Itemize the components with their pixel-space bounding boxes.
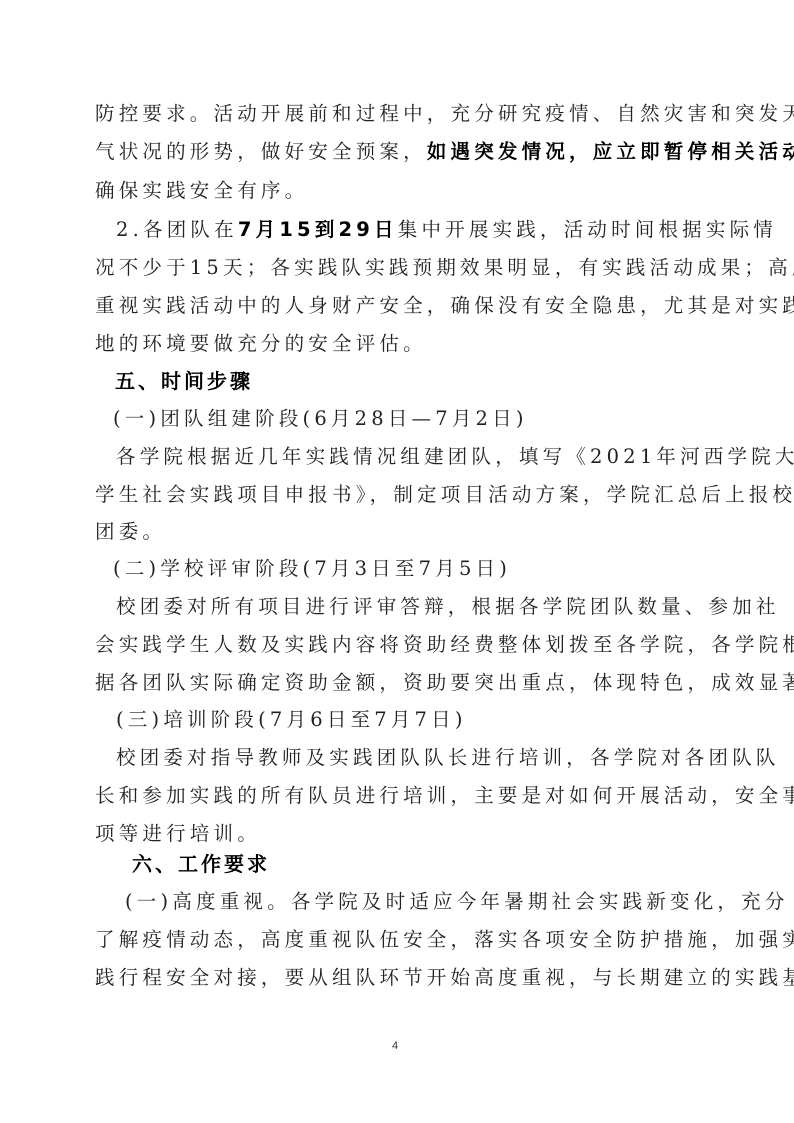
page-number: 4 [392,1040,398,1052]
body-text: 长和参加实践的所有队员进行培训，主要是对如何开展活动，安全事 [95,784,794,807]
body-line: 况不少于15天；各实践队实践预期效果明显，有实践活动成果；高度 [95,253,711,283]
body-line: 气状况的形势，做好安全预案，如遇突发情况，应立即暂停相关活动， [95,137,711,167]
body-text: 会实践学生人数及实践内容将资助经费整体划拨至各学院，各学院根 [95,633,794,656]
body-text: 2.各团队在 [116,218,238,241]
body-text: 学生社会实践项目申报书》，制定项目活动方案，学院汇总后上报校 [95,483,794,506]
body-text: 重视实践活动中的人身财产安全，确保没有安全隐患，尤其是对实践 [95,294,794,317]
body-line: 各学院根据近几年实践情况组建团队，填写《2021年河西学院大 [116,442,711,472]
subsection-heading-text: (三)培训阶段(7月6日至7月7日) [116,708,467,731]
emphasis-text: 如遇突发情况，应立即暂停相关活动， [427,140,794,163]
body-line: 项等进行培训。 [95,819,711,849]
body-text: 气状况的形势，做好安全预案， [95,140,427,163]
body-line: 确保实践安全有序。 [95,176,711,206]
body-line: 了解疫情动态，高度重视队伍安全，落实各项安全防护措施，加强实 [95,925,711,955]
body-line: 重视实践活动中的人身财产安全，确保没有安全隐患，尤其是对实践 [95,291,711,321]
body-line: (一)高度重视。各学院及时适应今年暑期社会实践新变化，充分 [125,887,711,917]
body-text: 校团委对所有项目进行评审答辩，根据各学院团队数量、参加社 [116,595,780,618]
body-text: 项等进行培训。 [95,822,261,845]
body-text: 据各团队实际确定资助金额，资助要突出重点，体现特色，成效显著。 [95,671,794,694]
body-line: 校团委对指导教师及实践团队队长进行培训，各学院对各团队队 [116,743,711,773]
emphasis-date: 7月15到29日 [238,218,398,241]
section-heading: 六、工作要求 [132,849,748,879]
body-line: 践行程安全对接，要从组队环节开始高度重视，与长期建立的实践基 [95,963,711,993]
body-text: 践行程安全对接，要从组队环节开始高度重视，与长期建立的实践基 [95,966,794,989]
body-text: (一)高度重视。各学院及时适应今年暑期社会实践新变化，充分 [125,890,789,913]
subsection-heading-text: (一)团队组建阶段(6月28日—7月2日) [113,407,528,430]
body-line: 会实践学生人数及实践内容将资助经费整体划拨至各学院，各学院根 [95,630,711,660]
subsection-heading-text: (二)学校评审阶段(7月3日至7月5日) [113,557,511,580]
body-line: 学生社会实践项目申报书》，制定项目活动方案，学院汇总后上报校 [95,480,711,510]
body-text: 校团委对指导教师及实践团队队长进行培训，各学院对各团队队 [116,746,780,769]
body-line: 校团委对所有项目进行评审答辩，根据各学院团队数量、参加社 [116,592,711,622]
body-text: 了解疫情动态，高度重视队伍安全，落实各项安全防护措施，加强实 [95,928,794,951]
body-line: 地的环境要做充分的安全评估。 [95,329,711,359]
body-line: 据各团队实际确定资助金额，资助要突出重点，体现特色，成效显著。 [95,668,711,698]
body-text: 集中开展实践，活动时间根据实际情 [398,218,777,241]
body-text: 团委。 [95,520,166,543]
body-text: 各学院根据近几年实践情况组建团队，填写《2021年河西学院大 [116,445,794,468]
body-line: 团委。 [95,517,711,547]
body-text: 地的环境要做充分的安全评估。 [95,332,427,355]
body-line: 2.各团队在7月15到29日集中开展实践，活动时间根据实际情 [116,215,711,245]
body-text: 况不少于15天；各实践队实践预期效果明显，有实践活动成果；高度 [95,256,794,279]
subsection-heading: (二)学校评审阶段(7月3日至7月5日) [113,554,729,584]
body-text: 确保实践安全有序。 [95,179,308,202]
subsection-heading: (一)团队组建阶段(6月28日—7月2日) [113,404,729,434]
section-heading: 五、时间步骤 [115,366,731,396]
body-text: 防控要求。活动开展前和过程中，充分研究疫情、自然灾害和突发天 [95,102,794,125]
body-line: 防控要求。活动开展前和过程中，充分研究疫情、自然灾害和突发天 [95,99,711,129]
section-heading-text: 五、时间步骤 [115,369,253,393]
document-page: 防控要求。活动开展前和过程中，充分研究疫情、自然灾害和突发天 气状况的形势，做好… [0,0,794,1123]
subsection-heading: (三)培训阶段(7月6日至7月7日) [116,705,732,735]
body-line: 长和参加实践的所有队员进行培训，主要是对如何开展活动，安全事 [95,781,711,811]
section-heading-text: 六、工作要求 [132,852,270,876]
